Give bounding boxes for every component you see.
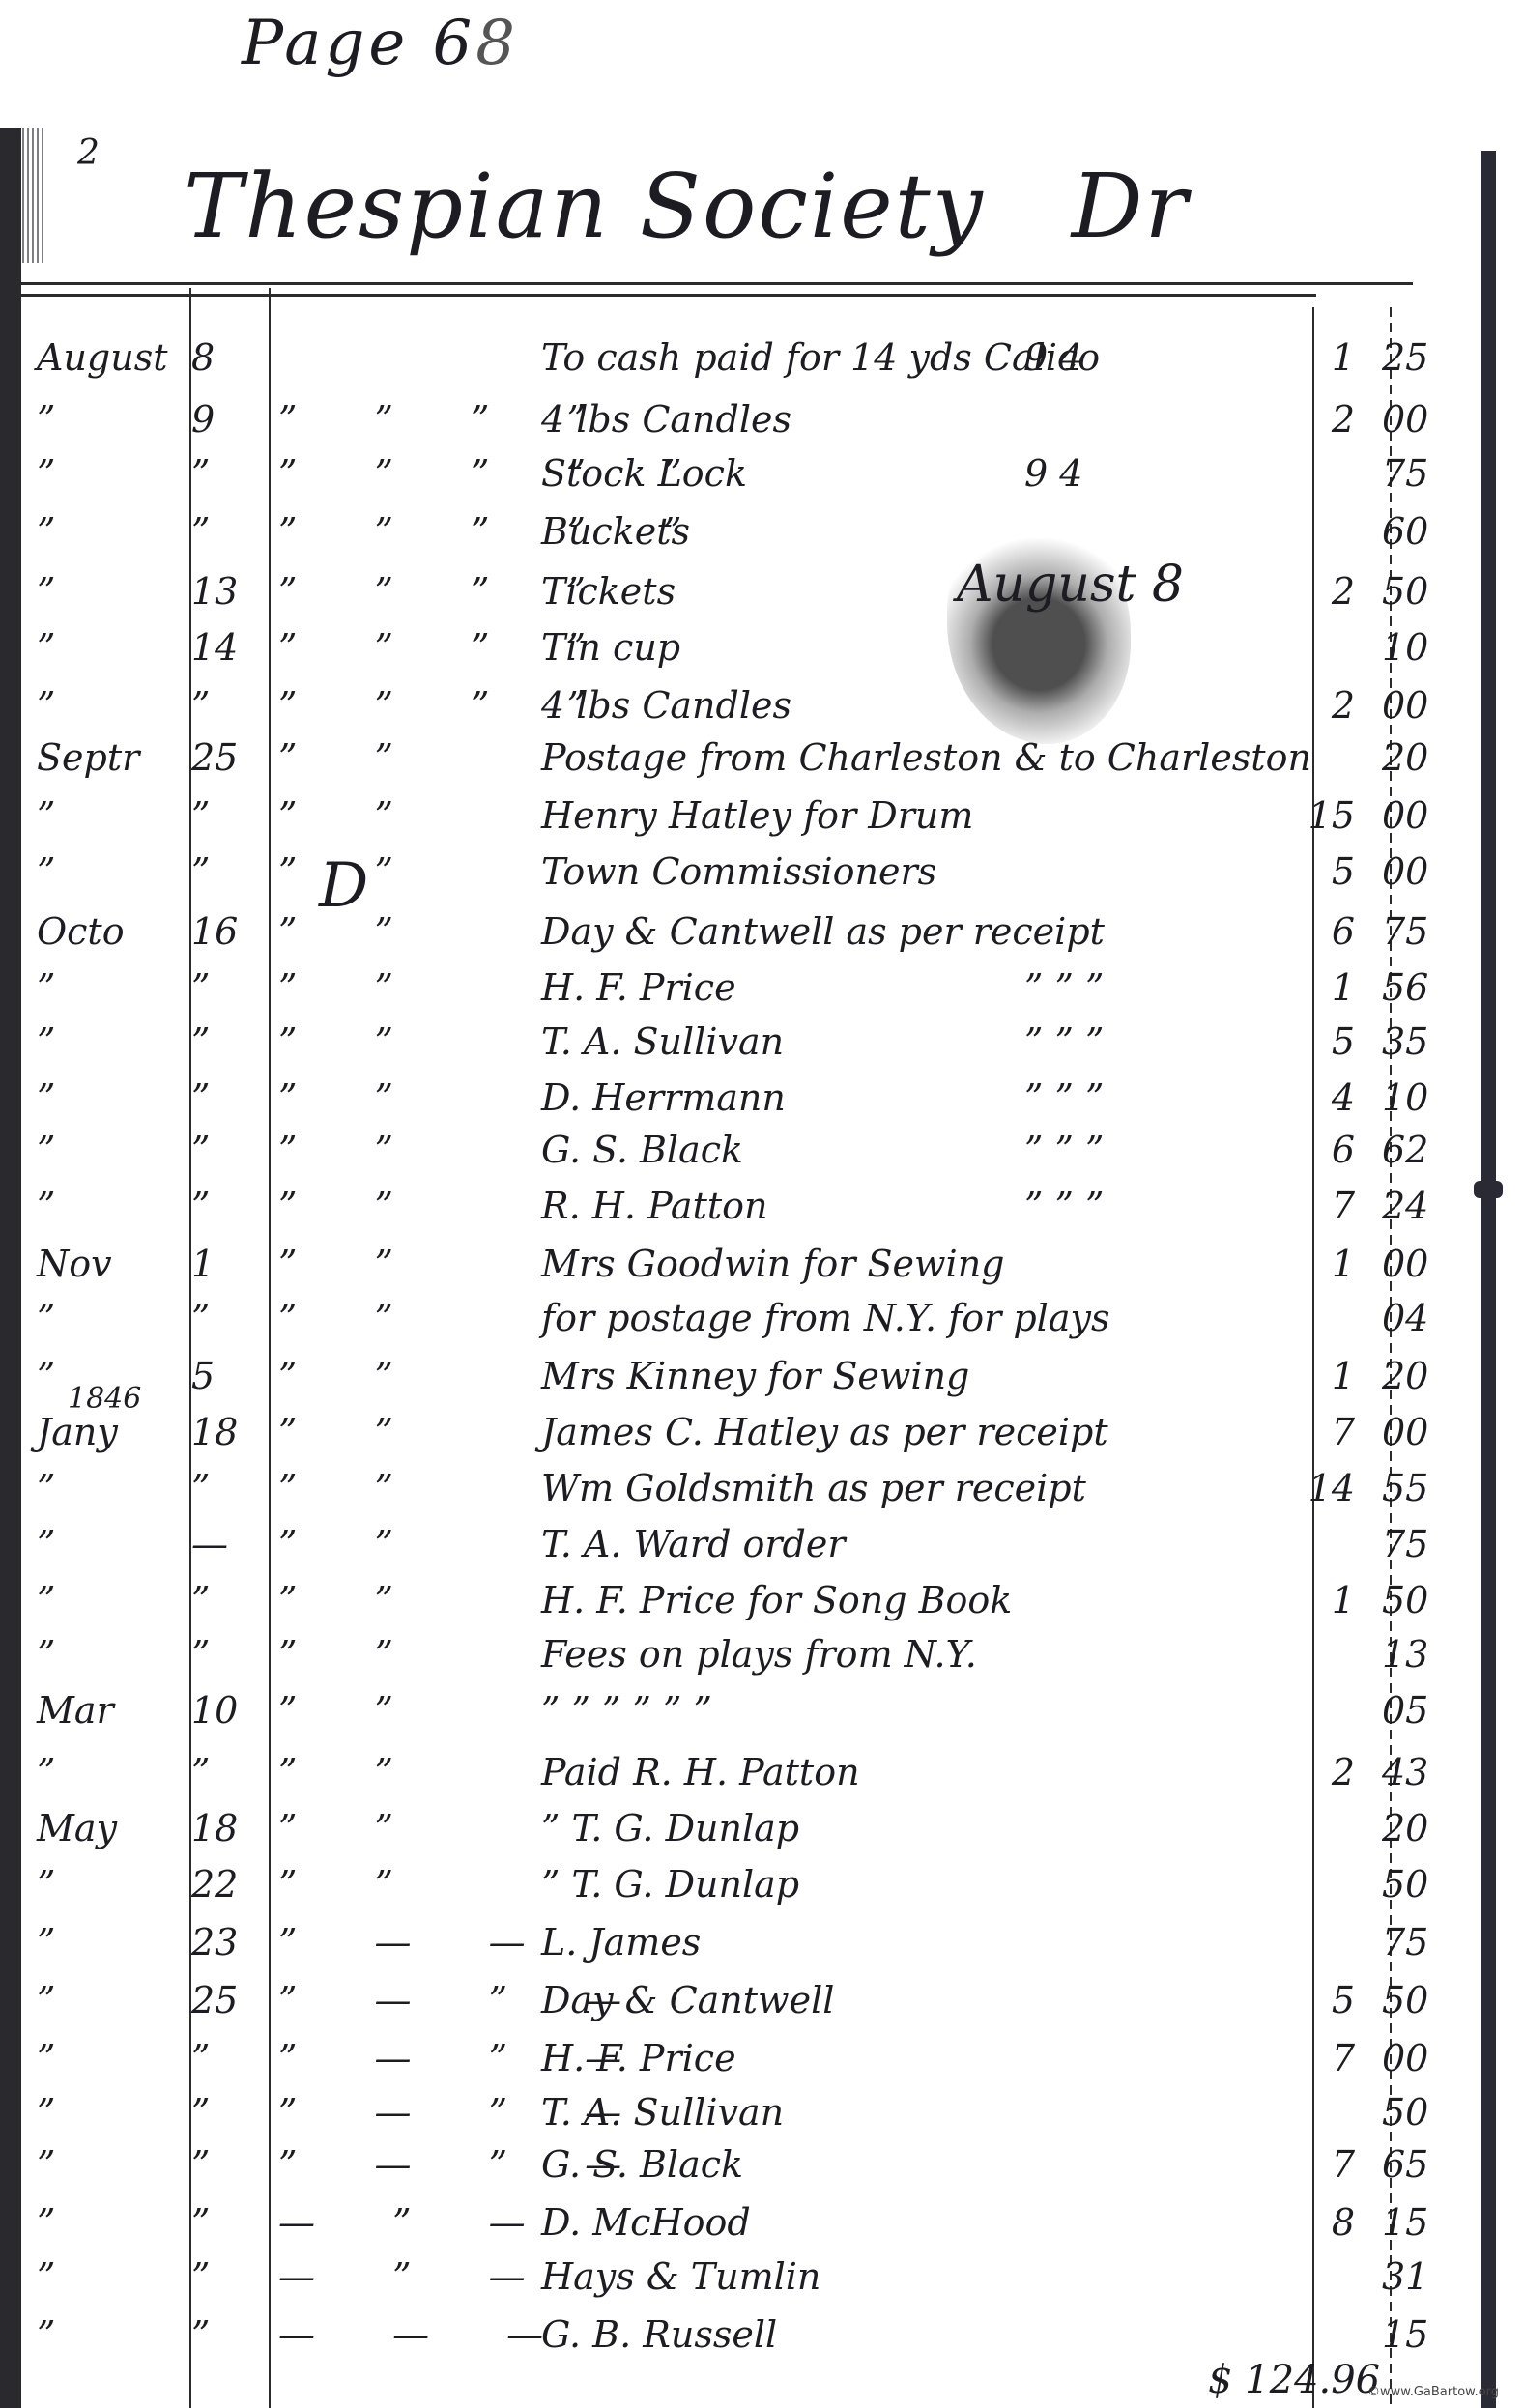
ledger-title: Thespian SocietyDr: [184, 155, 1189, 258]
entry-month: ”: [37, 626, 55, 669]
entry-day: ”: [191, 2255, 210, 2298]
ledger-row: ””” ”for postage from N.Y. for plays04: [0, 1297, 1524, 1353]
entry-month: ”: [37, 398, 55, 441]
entry-year: 1846: [68, 1382, 141, 1416]
entry-note: ” ” ”: [1024, 1020, 1104, 1063]
entry-ditto-marks: ” ”: [278, 966, 426, 1009]
page-note: Page 68: [242, 8, 519, 79]
entry-description: Stock Lock: [541, 452, 747, 495]
entry-dollars: 1: [1332, 1579, 1355, 1621]
entry-ditto-marks: ” ”: [278, 1076, 426, 1119]
entry-day: ”: [191, 452, 210, 495]
entry-cents: 20: [1382, 736, 1428, 779]
entry-description: Day & Cantwell: [541, 1979, 834, 2021]
entry-day: ”: [191, 1633, 210, 1676]
entry-cents: 00: [1382, 850, 1428, 893]
ledger-row: Jany18” ”James C. Hatley as per receipt7…: [0, 1411, 1524, 1467]
entry-month: ”: [37, 684, 55, 727]
entry-cents: 15: [1382, 2201, 1428, 2244]
entry-month: ”: [37, 1523, 55, 1565]
entry-dollars: 2: [1332, 570, 1355, 613]
entry-cents: 50: [1382, 1863, 1428, 1906]
watermark: ©www.GaBartow.org: [1367, 2385, 1499, 2399]
entry-description: Fees on plays from N.Y.: [541, 1633, 977, 1676]
entry-cents: 50: [1382, 2091, 1428, 2134]
entry-dollars: 14: [1308, 1467, 1355, 1509]
entry-month: ”: [37, 1921, 55, 1964]
entry-day: ”: [191, 794, 210, 837]
entry-ditto-marks: — — —: [278, 2313, 576, 2356]
entry-dollars: 4: [1332, 1076, 1355, 1119]
ledger-row: ””” ”Fees on plays from N.Y.13: [0, 1633, 1524, 1689]
entry-dollars: 7: [1332, 2143, 1355, 2186]
entry-cents: 65: [1382, 2143, 1428, 2186]
entry-description: Tickets: [541, 570, 676, 613]
entry-day: —: [191, 1523, 228, 1565]
entry-day: ”: [191, 2091, 210, 2134]
entry-description: Hays & Tumlin: [541, 2255, 820, 2298]
entry-cents: 15: [1382, 2313, 1428, 2356]
entry-day: 9: [191, 398, 215, 441]
entry-ditto-marks: ” ”: [278, 1297, 426, 1339]
entry-description: 4 lbs Candles: [541, 398, 791, 441]
entry-month: ”: [37, 794, 55, 837]
entry-day: 18: [191, 1411, 238, 1453]
entry-month: ”: [37, 2143, 55, 2186]
entry-month: ”: [37, 1633, 55, 1676]
entry-cents: 50: [1382, 1579, 1428, 1621]
ledger-row: ””” ” ” ” ”Buckets60: [0, 510, 1524, 566]
entry-dollars: 6: [1332, 1129, 1355, 1171]
entry-description: H. F. Price: [541, 2037, 736, 2079]
ledger-row: ””” ” ” ”4 lbs Candles200: [0, 684, 1524, 740]
entry-month: ”: [37, 966, 55, 1009]
entry-day: ”: [191, 510, 210, 553]
entry-note: ” ” ”: [1024, 966, 1104, 1009]
entry-month: ”: [37, 1467, 55, 1509]
entry-ditto-marks: ” ”: [278, 1579, 426, 1621]
entry-ditto-marks: ” — —: [278, 1921, 559, 1964]
entry-month: Nov: [37, 1243, 112, 1285]
entry-cents: 25: [1382, 336, 1428, 379]
entry-month: Mar: [37, 1689, 114, 1732]
entry-month: Septr: [37, 736, 139, 779]
entry-description: H. F. Price: [541, 966, 736, 1009]
entry-day: 5: [191, 1355, 215, 1397]
title-text: Thespian Society: [184, 155, 985, 258]
entry-cents: 00: [1382, 1411, 1428, 1453]
entry-month: ”: [37, 1863, 55, 1906]
ledger-row: Mar10” ”” ” ” ” ” ”05: [0, 1689, 1524, 1745]
entry-description: D. McHood: [541, 2201, 751, 2244]
entry-description: Postage from Charleston & to Charleston: [541, 736, 1311, 779]
page-note-digit: 8: [475, 8, 519, 79]
entry-month: ”: [37, 2091, 55, 2134]
entry-ditto-marks: ” ”: [278, 794, 426, 837]
entry-day: 13: [191, 570, 238, 613]
entry-cents: 56: [1382, 966, 1428, 1009]
ledger-row: ””” ”G. S. Black” ” ”662: [0, 1129, 1524, 1185]
entry-description: for postage from N.Y. for plays: [541, 1297, 1109, 1339]
entry-cents: 00: [1382, 794, 1428, 837]
entry-day: 23: [191, 1921, 238, 1964]
ledger-row: Septr25” ”Postage from Charleston & to C…: [0, 736, 1524, 792]
entry-description: Wm Goldsmith as per receipt: [541, 1467, 1086, 1509]
entry-month: May: [37, 1807, 117, 1849]
header-rule-top: [21, 282, 1413, 285]
entry-dollars: 2: [1332, 398, 1355, 441]
ledger-row: ”22” ”” T. G. Dunlap50: [0, 1863, 1524, 1919]
ledger-row: ”9” ” ” ”4 lbs Candles200: [0, 398, 1524, 454]
entry-cents: 20: [1382, 1355, 1428, 1397]
ledger-row: ””” ”Town Commissioners500: [0, 850, 1524, 906]
entry-dollars: 8: [1332, 2201, 1355, 2244]
entry-month: ”: [37, 850, 55, 893]
entry-month: ”: [37, 1076, 55, 1119]
ledger-row: ””” ”H. F. Price” ” ”156: [0, 966, 1524, 1022]
entry-cents: 00: [1382, 1243, 1428, 1285]
entry-description: ” ” ” ” ” ”: [541, 1689, 712, 1732]
entry-cents: 55: [1382, 1467, 1428, 1509]
entry-description: Paid R. H. Patton: [541, 1751, 860, 1793]
entry-ditto-marks: ” ”: [278, 1689, 426, 1732]
entry-month: ”: [37, 1579, 55, 1621]
entry-dollars: 7: [1332, 2037, 1355, 2079]
entry-note: 9 4: [1024, 452, 1082, 495]
entry-cents: 35: [1382, 1020, 1428, 1063]
ledger-row: ””— ” —D. McHood815: [0, 2201, 1524, 2257]
entry-cents: 05: [1382, 1689, 1428, 1732]
entry-ditto-marks: ” ”: [278, 1243, 426, 1285]
entry-description: Tin cup: [541, 626, 680, 669]
entry-dollars: 5: [1332, 1020, 1355, 1063]
entry-day: 22: [191, 1863, 238, 1906]
entry-dollars: 2: [1332, 1751, 1355, 1793]
entry-month: ”: [37, 570, 55, 613]
entry-ditto-marks: ” ”: [278, 910, 426, 953]
entry-ditto-marks: ” ”: [278, 1807, 426, 1849]
entry-dollars: 1: [1332, 336, 1355, 379]
entry-cents: 75: [1382, 910, 1428, 953]
entry-month: ”: [37, 1751, 55, 1793]
entry-ditto-marks: ” ”: [278, 1129, 426, 1171]
entry-ditto-marks: ” ”: [278, 1185, 426, 1227]
entry-day: 14: [191, 626, 238, 669]
entry-cents: 10: [1382, 1076, 1428, 1119]
entry-description: Day & Cantwell as per receipt: [541, 910, 1105, 953]
ledger-row: Octo16” ”Day & Cantwell as per receipt67…: [0, 910, 1524, 966]
entry-ditto-marks: ” ”: [278, 1633, 426, 1676]
ledger-row: ”14” ” ” ”Tin cup10: [0, 626, 1524, 682]
entry-cents: 00: [1382, 2037, 1428, 2079]
entry-description: G. B. Russell: [541, 2313, 777, 2356]
entry-day: ”: [191, 1020, 210, 1063]
entry-description: Buckets: [541, 510, 690, 553]
entry-cents: 31: [1382, 2255, 1428, 2298]
entry-description: To cash paid for 14 yds Calico: [541, 336, 1100, 379]
entry-ditto-marks: ” ”: [278, 1523, 426, 1565]
ledger-row: Nov1” ”Mrs Goodwin for Sewing100: [0, 1243, 1524, 1299]
entry-dollars: 2: [1332, 684, 1355, 727]
entry-month: ”: [37, 1185, 55, 1227]
entry-month: ”: [37, 2255, 55, 2298]
ledger-row: ”13” ” ” ”Tickets250: [0, 570, 1524, 626]
ledger-row: ”—” ”T. A. Ward order75: [0, 1523, 1524, 1579]
entry-cents: 75: [1382, 452, 1428, 495]
entry-cents: 75: [1382, 1921, 1428, 1964]
entry-ditto-marks: ” ”: [278, 1355, 426, 1397]
entry-note: ” ” ”: [1024, 1185, 1104, 1227]
ledger-row: ””” ”R. H. Patton” ” ”724: [0, 1185, 1524, 1241]
entry-day: 10: [191, 1689, 238, 1732]
ledger-row: ””— ” —Hays & Tumlin31: [0, 2255, 1524, 2311]
entry-description: T. A. Sullivan: [541, 1020, 784, 1063]
entry-day: ”: [191, 1297, 210, 1339]
header-rule-bottom: [21, 294, 1316, 297]
entry-month: ”: [37, 2037, 55, 2079]
entry-day: ”: [191, 2143, 210, 2186]
entry-month: ”: [37, 1020, 55, 1063]
entry-month: ”: [37, 1297, 55, 1339]
entry-day: 18: [191, 1807, 238, 1849]
entry-description: Mrs Goodwin for Sewing: [541, 1243, 1005, 1285]
entry-note: ” ” ”: [1024, 1076, 1104, 1119]
entry-cents: 00: [1382, 398, 1428, 441]
entry-day: ”: [191, 1076, 210, 1119]
ledger-row: ””” ”D. Herrmann” ” ”410: [0, 1076, 1524, 1132]
entry-cents: 13: [1382, 1633, 1428, 1676]
entry-day: ”: [191, 966, 210, 1009]
entry-ditto-marks: ” ”: [278, 736, 426, 779]
page-note-text: Page 6: [242, 8, 475, 79]
ledger-row: ””” — ” —G. S. Black765: [0, 2143, 1524, 2199]
ledger-row: ””” ” ” ” ”Stock Lock9 475: [0, 452, 1524, 508]
entry-description: T. A. Sullivan: [541, 2091, 784, 2134]
entry-cents: 10: [1382, 626, 1428, 669]
entry-dollars: 6: [1332, 910, 1355, 953]
entry-day: 8: [191, 336, 215, 379]
entry-month: August: [37, 336, 168, 379]
entry-cents: 04: [1382, 1297, 1428, 1339]
entry-day: ”: [191, 850, 210, 893]
entry-cents: 00: [1382, 684, 1428, 727]
entry-day: 16: [191, 910, 238, 953]
ledger-row: ””” — ” —T. A. Sullivan50: [0, 2091, 1524, 2147]
entry-day: 25: [191, 736, 238, 779]
ledger-row: ””” ”Paid R. H. Patton243: [0, 1751, 1524, 1807]
entry-cents: 43: [1382, 1751, 1428, 1793]
entry-cents: 75: [1382, 1523, 1428, 1565]
entry-note: ” ” ”: [1024, 1129, 1104, 1171]
entry-description: T. A. Ward order: [541, 1523, 846, 1565]
entry-cents: 62: [1382, 1129, 1428, 1171]
entry-description: D. Herrmann: [541, 1076, 786, 1119]
entry-description: ” T. G. Dunlap: [541, 1863, 799, 1906]
entry-description: James C. Hatley as per receipt: [541, 1411, 1108, 1453]
entry-ditto-marks: ” ”: [278, 1411, 426, 1453]
entry-cents: 24: [1382, 1185, 1428, 1227]
entry-description: Henry Hatley for Drum: [541, 794, 973, 837]
entry-month: ”: [37, 2201, 55, 2244]
entry-dollars: 1: [1332, 1355, 1355, 1397]
entry-dollars: 1: [1332, 1243, 1355, 1285]
entry-day: ”: [191, 1185, 210, 1227]
entry-ditto-marks: ” ”: [278, 1863, 426, 1906]
entry-description: G. S. Black: [541, 2143, 743, 2186]
entry-description: ” T. G. Dunlap: [541, 1807, 799, 1849]
entry-day: ”: [191, 1579, 210, 1621]
entry-ditto-marks: ” ”: [278, 1467, 426, 1509]
entry-dollars: 7: [1332, 1185, 1355, 1227]
entry-dollars: 7: [1332, 1411, 1355, 1453]
ledger-row: May18” ”” T. G. Dunlap20: [0, 1807, 1524, 1863]
entry-dollars: 5: [1332, 850, 1355, 893]
entry-month: Jany: [37, 1411, 118, 1453]
entry-dollars: 15: [1308, 794, 1355, 837]
ledger-row: ”5” ”Mrs Kinney for Sewing120: [0, 1355, 1524, 1411]
entry-day: ”: [191, 1751, 210, 1793]
entry-description: 4 lbs Candles: [541, 684, 791, 727]
entry-description: Mrs Kinney for Sewing: [541, 1355, 969, 1397]
debit-label: Dr: [1072, 155, 1190, 258]
entry-month: ”: [37, 1979, 55, 2021]
entry-cents: 20: [1382, 1807, 1428, 1849]
entry-month: ”: [37, 2313, 55, 2356]
entry-dollars: 1: [1332, 966, 1355, 1009]
corner-mark: 2: [77, 133, 100, 173]
entry-month: ”: [37, 1355, 55, 1397]
ledger-row: ””” ”Henry Hatley for Drum1500: [0, 794, 1524, 850]
entry-day: 25: [191, 1979, 238, 2021]
entry-day: 1: [191, 1243, 215, 1285]
entry-month: Octo: [37, 910, 125, 953]
entry-day: ”: [191, 2201, 210, 2244]
entry-description: G. S. Black: [541, 1129, 743, 1171]
entry-dollars: 5: [1332, 1979, 1355, 2021]
entry-cents: 60: [1382, 510, 1428, 553]
entry-note: 9 4: [1024, 336, 1082, 379]
entry-month: ”: [37, 1129, 55, 1171]
ledger-row: ”23” — —L. James75: [0, 1921, 1524, 1977]
entry-ditto-marks: — ” —: [278, 2255, 559, 2298]
entry-cents: 50: [1382, 570, 1428, 613]
ledger-row: ””” ”H. F. Price for Song Book150: [0, 1579, 1524, 1635]
entry-month: ”: [37, 510, 55, 553]
ledger-row: August8To cash paid for 14 yds Calico9 4…: [0, 336, 1524, 392]
entry-description: Town Commissioners: [541, 850, 936, 893]
entry-ditto-marks: ” ”: [278, 1751, 426, 1793]
entry-ditto-marks: — ” —: [278, 2201, 559, 2244]
entry-cents: 50: [1382, 1979, 1428, 2021]
entry-month: ”: [37, 452, 55, 495]
edge-speckle: [17, 128, 46, 263]
ledger-row: ””” — ” —H. F. Price700: [0, 2037, 1524, 2093]
entry-description: L. James: [541, 1921, 701, 1964]
ledger-row: ””” ”Wm Goldsmith as per receipt1455: [0, 1467, 1524, 1523]
entry-day: ”: [191, 1129, 210, 1171]
ledger-row: ””” ”T. A. Sullivan” ” ”535: [0, 1020, 1524, 1076]
entry-ditto-marks: ” ”: [278, 1020, 426, 1063]
entry-description: R. H. Patton: [541, 1185, 767, 1227]
ledger-row: ”25” — ” —Day & Cantwell550: [0, 1979, 1524, 2035]
entry-ditto-marks: ” ”: [278, 850, 426, 893]
entry-day: ”: [191, 2037, 210, 2079]
entry-description: H. F. Price for Song Book: [541, 1579, 1012, 1621]
ledger-total: $ 124.96: [1208, 2358, 1380, 2402]
entry-day: ”: [191, 1467, 210, 1509]
entry-day: ”: [191, 2313, 210, 2356]
entry-day: ”: [191, 684, 210, 727]
